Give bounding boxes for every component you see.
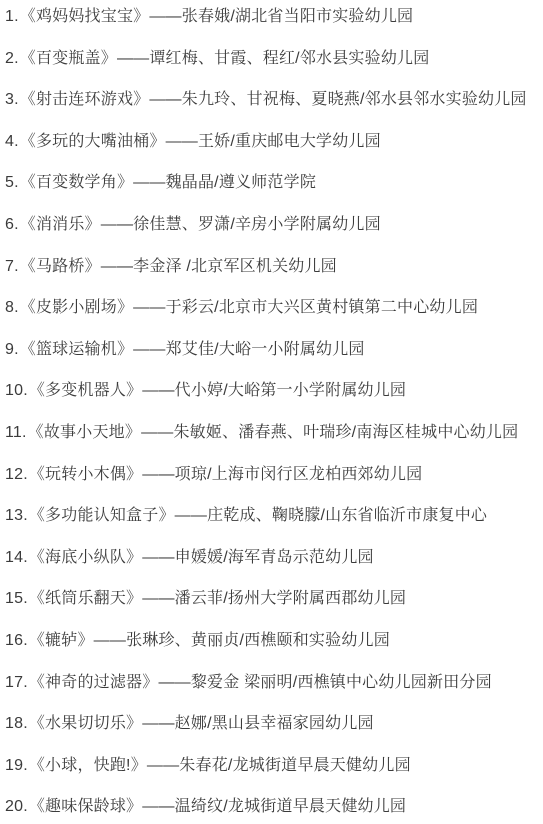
item-institution: 龙城街道早晨天健幼儿园 bbox=[228, 798, 406, 815]
item-authors: 庄乾成、鞠晓朦 bbox=[207, 507, 320, 524]
list-item: 7.《马路桥》——李金泽 /北京军区机关幼儿园 bbox=[5, 246, 539, 288]
item-title: 《辘轳》 bbox=[29, 632, 94, 649]
list-item: 6.《消消乐》——徐佳慧、罗潇/辛房小学附属幼儿园 bbox=[5, 204, 539, 246]
list-item: 15.《纸筒乐翻天》——潘云菲/扬州大学附属西郡幼儿园 bbox=[5, 578, 539, 620]
item-title: 《消消乐》 bbox=[20, 216, 101, 233]
item-authors: 申媛媛 bbox=[175, 549, 224, 566]
item-separator: —— bbox=[141, 424, 173, 441]
item-separator: —— bbox=[175, 507, 207, 524]
item-institution: 重庆邮电大学幼儿园 bbox=[235, 133, 381, 150]
item-number: 20. bbox=[5, 798, 28, 815]
item-institution: 南海区桂城中心幼儿园 bbox=[356, 424, 518, 441]
item-number: 9. bbox=[5, 341, 19, 358]
item-title: 《海底小纵队》 bbox=[29, 549, 142, 566]
list-item: 5.《百变数学角》——魏晶晶/遵义师范学院 bbox=[5, 162, 539, 204]
item-institution: 湖北省当阳市实验幼儿园 bbox=[235, 8, 413, 25]
item-authors: 张春娥 bbox=[182, 8, 231, 25]
item-authors: 李金泽 bbox=[133, 258, 186, 275]
item-separator: —— bbox=[149, 8, 181, 25]
list-item: 11.《故事小天地》——朱敏姬、潘春燕、叶瑞珍/南海区桂城中心幼儿园 bbox=[5, 412, 539, 454]
item-institution: 海军青岛示范幼儿园 bbox=[228, 549, 374, 566]
item-number: 5. bbox=[5, 174, 19, 191]
item-number: 10. bbox=[5, 382, 28, 399]
item-authors: 朱九玲、甘祝梅、夏晓燕 bbox=[182, 91, 360, 108]
item-institution: 邻水县邻水实验幼儿园 bbox=[365, 91, 527, 108]
list-item: 10.《多变机器人》——代小婷/大峪第一小学附属幼儿园 bbox=[5, 370, 539, 412]
item-institution: 遵义师范学院 bbox=[219, 174, 316, 191]
list-item: 4.《多玩的大嘴油桶》——王娇/重庆邮电大学幼儿园 bbox=[5, 121, 539, 163]
item-title: 《小球，快跑!》 bbox=[29, 757, 147, 774]
item-title: 《多玩的大嘴油桶》 bbox=[20, 133, 166, 150]
item-separator: —— bbox=[142, 798, 174, 815]
list-item: 16.《辘轳》——张琳珍、黄丽贞/西樵颐和实验幼儿园 bbox=[5, 620, 539, 662]
item-authors: 徐佳慧、罗潇 bbox=[133, 216, 230, 233]
item-title: 《百变瓶盖》 bbox=[20, 50, 117, 67]
item-separator: —— bbox=[147, 757, 179, 774]
item-number: 19. bbox=[5, 757, 28, 774]
item-institution: 辛房小学附属幼儿园 bbox=[235, 216, 381, 233]
item-number: 13. bbox=[5, 507, 28, 524]
item-authors: 赵娜 bbox=[175, 715, 207, 732]
item-institution: 山东省临沂市康复中心 bbox=[325, 507, 487, 524]
item-institution: 扬州大学附属西郡幼儿园 bbox=[228, 590, 406, 607]
item-number: 14. bbox=[5, 549, 28, 566]
item-title: 《纸筒乐翻天》 bbox=[29, 590, 142, 607]
entry-list: 1.《鸡妈妈找宝宝》——张春娥/湖北省当阳市实验幼儿园 2.《百变瓶盖》——谭红… bbox=[0, 0, 543, 824]
list-item: 8.《皮影小剧场》——于彩云/北京市大兴区黄村镇第二中心幼儿园 bbox=[5, 287, 539, 329]
item-title: 《射击连环游戏》 bbox=[20, 91, 150, 108]
item-title: 《篮球运输机》 bbox=[20, 341, 133, 358]
item-separator: —— bbox=[94, 632, 126, 649]
item-institution: 龙城街道早晨天健幼儿园 bbox=[233, 757, 411, 774]
item-number: 16. bbox=[5, 632, 28, 649]
item-separator: —— bbox=[133, 341, 165, 358]
item-number: 12. bbox=[5, 466, 28, 483]
item-institution: 上海市闵行区龙柏西郊幼儿园 bbox=[212, 466, 423, 483]
item-number: 8. bbox=[5, 299, 19, 316]
item-title: 《玩转小木偶》 bbox=[29, 466, 142, 483]
list-item: 14.《海底小纵队》——申媛媛/海军青岛示范幼儿园 bbox=[5, 537, 539, 579]
item-institution: 西樵颐和实验幼儿园 bbox=[244, 632, 390, 649]
item-authors: 潘云菲 bbox=[175, 590, 224, 607]
item-authors: 朱敏姬、潘春燕、叶瑞珍 bbox=[173, 424, 351, 441]
item-authors: 张琳珍、黄丽贞 bbox=[126, 632, 239, 649]
item-number: 3. bbox=[5, 91, 19, 108]
item-title: 《故事小天地》 bbox=[28, 424, 141, 441]
item-separator: —— bbox=[142, 382, 174, 399]
list-item: 1.《鸡妈妈找宝宝》——张春娥/湖北省当阳市实验幼儿园 bbox=[5, 0, 539, 38]
document-page: { "page": { "background_color": "#ffffff… bbox=[0, 0, 543, 824]
item-separator: —— bbox=[117, 50, 149, 67]
item-authors: 代小婷 bbox=[175, 382, 224, 399]
list-item: 13.《多功能认知盒子》——庄乾成、鞠晓朦/山东省临沂市康复中心 bbox=[5, 495, 539, 537]
item-authors: 项琼 bbox=[175, 466, 207, 483]
item-separator: —— bbox=[142, 590, 174, 607]
item-number: 17. bbox=[5, 674, 28, 691]
item-separator: —— bbox=[101, 216, 133, 233]
item-institution: 邻水县实验幼儿园 bbox=[300, 50, 430, 67]
item-separator: —— bbox=[133, 299, 165, 316]
item-title: 《皮影小剧场》 bbox=[20, 299, 133, 316]
item-authors: 王娇 bbox=[198, 133, 230, 150]
item-institution: 北京市大兴区黄村镇第二中心幼儿园 bbox=[219, 299, 478, 316]
item-title: 《水果切切乐》 bbox=[29, 715, 142, 732]
item-number: 2. bbox=[5, 50, 19, 67]
list-item: 9.《篮球运输机》——郑艾佳/大峪一小附属幼儿园 bbox=[5, 329, 539, 371]
list-item: 2.《百变瓶盖》——谭红梅、甘霞、程红/邻水县实验幼儿园 bbox=[5, 38, 539, 80]
item-separator: —— bbox=[142, 466, 174, 483]
item-institution: 黑山县幸福家园幼儿园 bbox=[212, 715, 374, 732]
list-item: 17.《神奇的过滤器》——黎爱金 梁丽明/西樵镇中心幼儿园新田分园 bbox=[5, 662, 539, 704]
item-number: 18. bbox=[5, 715, 28, 732]
list-item: 20.《趣味保龄球》——温绮纹/龙城街道早晨天健幼儿园 bbox=[5, 786, 539, 824]
list-item: 18.《水果切切乐》——赵娜/黑山县幸福家园幼儿园 bbox=[5, 703, 539, 745]
item-institution: 西樵镇中心幼儿园新田分园 bbox=[297, 674, 491, 691]
item-authors: 于彩云 bbox=[166, 299, 215, 316]
item-number: 6. bbox=[5, 216, 19, 233]
item-authors: 温绮纹 bbox=[175, 798, 224, 815]
item-title: 《鸡妈妈找宝宝》 bbox=[20, 8, 150, 25]
item-authors: 黎爱金 梁丽明 bbox=[191, 674, 293, 691]
item-authors: 谭红梅、甘霞、程红 bbox=[149, 50, 295, 67]
item-title: 《趣味保龄球》 bbox=[29, 798, 142, 815]
item-authors: 朱春花 bbox=[179, 757, 228, 774]
item-title: 《神奇的过滤器》 bbox=[29, 674, 159, 691]
item-institution: 北京军区机关幼儿园 bbox=[191, 258, 337, 275]
item-institution: 大峪第一小学附属幼儿园 bbox=[228, 382, 406, 399]
item-separator: —— bbox=[142, 549, 174, 566]
item-number: 1. bbox=[5, 8, 19, 25]
item-number: 7. bbox=[5, 258, 19, 275]
item-separator: —— bbox=[101, 258, 133, 275]
list-item: 12.《玩转小木偶》——项琼/上海市闵行区龙柏西郊幼儿园 bbox=[5, 454, 539, 496]
item-title: 《多变机器人》 bbox=[29, 382, 142, 399]
item-number: 4. bbox=[5, 133, 19, 150]
item-title: 《马路桥》 bbox=[20, 258, 101, 275]
item-title: 《百变数学角》 bbox=[20, 174, 133, 191]
item-separator: —— bbox=[158, 674, 190, 691]
item-authors: 郑艾佳 bbox=[166, 341, 215, 358]
item-separator: —— bbox=[166, 133, 198, 150]
item-separator: —— bbox=[149, 91, 181, 108]
item-number: 15. bbox=[5, 590, 28, 607]
item-institution: 大峪一小附属幼儿园 bbox=[219, 341, 365, 358]
item-number: 11. bbox=[5, 424, 27, 441]
item-separator: —— bbox=[142, 715, 174, 732]
item-title: 《多功能认知盒子》 bbox=[29, 507, 175, 524]
list-item: 19.《小球，快跑!》——朱春花/龙城街道早晨天健幼儿园 bbox=[5, 745, 539, 787]
item-separator: —— bbox=[133, 174, 165, 191]
list-item: 3.《射击连环游戏》——朱九玲、甘祝梅、夏晓燕/邻水县邻水实验幼儿园 bbox=[5, 79, 539, 121]
item-authors: 魏晶晶 bbox=[166, 174, 215, 191]
